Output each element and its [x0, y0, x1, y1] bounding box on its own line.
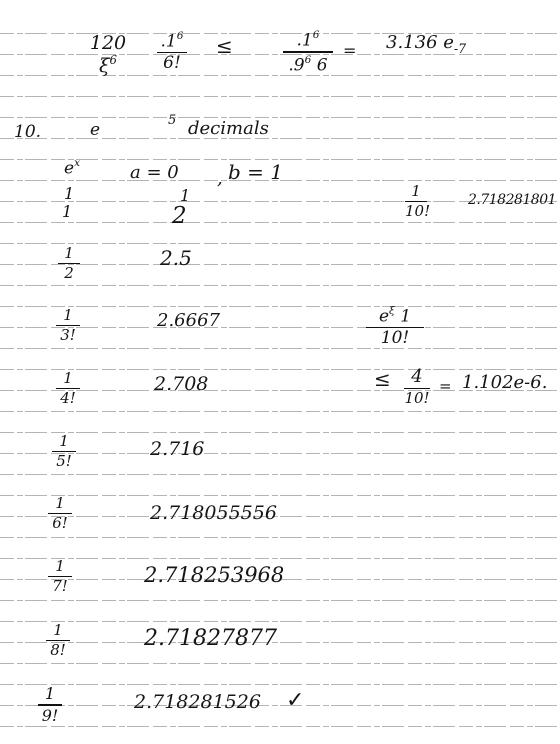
remainder-bound-value: 1.102e-6.	[462, 374, 547, 392]
equals-sign: =	[343, 43, 356, 59]
partial-sum-1: 2	[172, 205, 187, 228]
partial-sum-2: 2.5	[160, 248, 192, 268]
term-4-fraction: 1 4!	[56, 371, 80, 406]
partial-sum-6: 2.718055556	[150, 504, 277, 523]
term-6-fraction: 1 6!	[48, 496, 72, 531]
partial-sum-8: 2.71827877	[144, 628, 277, 650]
partial-sum-4: 2.708	[154, 375, 208, 394]
remainder-equals: =	[439, 379, 452, 394]
checkmark-icon: ✓	[286, 690, 304, 712]
partial-sum-10: 2.718281801	[468, 193, 556, 207]
term-0: 1	[64, 186, 74, 202]
decimals-label: decimals	[188, 120, 269, 138]
decimal-count: 5	[168, 114, 176, 127]
lhs-fraction: 120 ξ6	[82, 34, 134, 76]
interval-separator: ,	[217, 170, 223, 188]
remainder-less-equal: ≤	[374, 369, 391, 389]
term-numerator: .16	[157, 31, 187, 50]
rhs-fraction: .16 .96 6	[283, 30, 333, 75]
partial-sum-0: 1	[180, 188, 190, 204]
term-8-fraction: 1 8!	[46, 623, 70, 658]
rhs-denominator: .96 6	[283, 55, 333, 74]
problem-function: e	[90, 122, 100, 139]
lhs-denominator: ξ6	[82, 55, 134, 76]
integrand-exp: ex	[64, 158, 80, 177]
term-10-fraction: 1 10!	[405, 184, 427, 219]
problem-number: 10.	[14, 124, 41, 141]
remainder-expr-fraction: eξ 1 10!	[366, 306, 424, 347]
term-7-fraction: 1 7!	[48, 559, 72, 594]
term-denominator: 6!	[157, 55, 187, 72]
interval-a: a = 0	[130, 164, 179, 182]
error-bound-result: 3.136 e-7	[386, 34, 466, 56]
partial-sum-9: 2.718281526	[134, 693, 261, 712]
rhs-numerator: .16	[283, 30, 333, 49]
interval-b: b = 1	[228, 162, 283, 182]
partial-sum-5: 2.716	[150, 440, 204, 459]
remainder-bound-fraction: 4 10!	[404, 368, 430, 406]
term-5-fraction: 1 5!	[52, 434, 76, 469]
term-2-fraction: 1 2	[58, 246, 80, 281]
term-0-second: 1	[62, 204, 72, 220]
term-9-fraction: 1 9!	[38, 686, 62, 724]
partial-sum-3: 2.6667	[157, 312, 220, 330]
less-equal-symbol: ≤	[216, 36, 233, 56]
term-fraction: .16 6!	[157, 31, 187, 72]
term-3-fraction: 1 3!	[56, 308, 80, 343]
partial-sum-7: 2.718253968	[144, 565, 284, 586]
lhs-numerator: 120	[82, 34, 134, 53]
